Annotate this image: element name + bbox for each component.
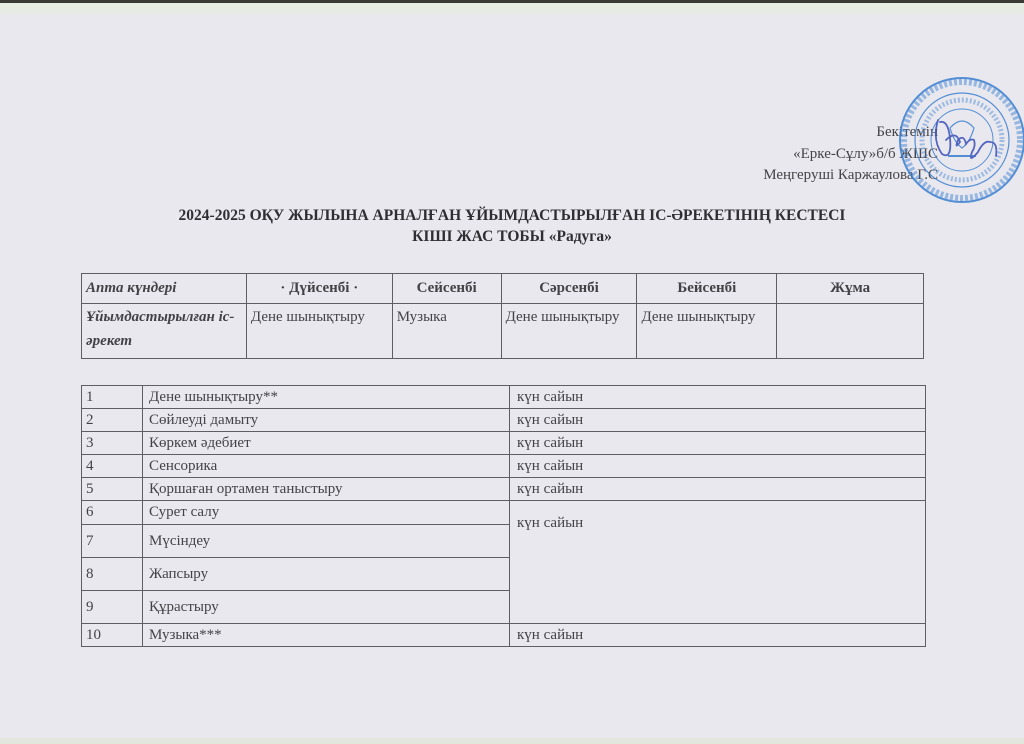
friday-activity: [777, 304, 924, 359]
row-number: 3: [82, 432, 143, 455]
header-monday: · Дүйсенбі ·: [246, 274, 392, 304]
approval-line-3: Меңгеруші Каржаулова Г.С: [763, 165, 938, 187]
activity-row: Ұйымдастырылған іс-әрекет Дене шынықтыру…: [82, 304, 924, 359]
weekly-schedule-table: Апта күндері · Дүйсенбі · Сейсенбі Сәрсе…: [81, 273, 924, 359]
subject-name: Құрастыру: [143, 591, 510, 624]
subject-name: Қоршаған ортамен таныстыру: [143, 478, 510, 501]
approval-line-1: Бекітемін: [763, 122, 938, 144]
row-number: 6: [82, 501, 143, 525]
subject-name: Сурет салу: [143, 501, 510, 525]
table-row: 1 Дене шынықтыру** күн сайын: [82, 386, 926, 409]
header-friday: Жұма: [777, 274, 924, 304]
table-row: 2 Сөйлеуді дамыту күн сайын: [82, 409, 926, 432]
approval-block: Бекітемін «Ерке-Сұлу»б/б ЖШС Меңгеруші К…: [763, 122, 938, 187]
activity-row-label: Ұйымдастырылған іс-әрекет: [82, 304, 247, 359]
subject-frequency: күн сайын: [510, 409, 926, 432]
subject-frequency: күн сайын: [510, 386, 926, 409]
subject-name: Көркем әдебиет: [143, 432, 510, 455]
row-number: 7: [82, 525, 143, 558]
row-number: 9: [82, 591, 143, 624]
subject-name: Сенсорика: [143, 455, 510, 478]
subject-frequency: күн сайын: [510, 432, 926, 455]
subject-name: Мүсіндеу: [143, 525, 510, 558]
monday-activity: Дене шынықтыру: [246, 304, 392, 359]
thursday-activity: Дене шынықтыру: [637, 304, 777, 359]
table-row: 6 Сурет салу күн сайын: [82, 501, 926, 525]
subject-frequency: күн сайын: [510, 455, 926, 478]
signature-icon: [936, 120, 997, 158]
document-title: 2024-2025 ОҚУ ЖЫЛЫНА АРНАЛҒАН ҰЙЫМДАСТЫР…: [0, 205, 1024, 247]
scan-bottom-band: [0, 738, 1024, 744]
subject-name: Сөйлеуді дамыту: [143, 409, 510, 432]
header-tuesday: Сейсенбі: [392, 274, 501, 304]
header-wednesday: Сәрсенбі: [501, 274, 637, 304]
scan-top-band: [0, 3, 1024, 14]
subject-name: Музыка***: [143, 624, 510, 647]
header-week-days: Апта күндері: [82, 274, 247, 304]
approval-line-2: «Ерке-Сұлу»б/б ЖШС: [763, 144, 938, 166]
table-row: 5 Қоршаған ортамен таныстыру күн сайын: [82, 478, 926, 501]
title-line-2: КІШІ ЖАС ТОБЫ «Радуга»: [0, 226, 1024, 247]
subject-frequency: күн сайын: [510, 478, 926, 501]
header-thursday: Бейсенбі: [637, 274, 777, 304]
subject-name: Жапсыру: [143, 558, 510, 591]
row-number: 10: [82, 624, 143, 647]
merged-subject-frequency: күн сайын: [510, 501, 926, 624]
tuesday-activity: Музыка: [392, 304, 501, 359]
table-row: 10 Музыка*** күн сайын: [82, 624, 926, 647]
row-number: 8: [82, 558, 143, 591]
row-number: 5: [82, 478, 143, 501]
wednesday-activity: Дене шынықтыру: [501, 304, 637, 359]
subject-name: Дене шынықтыру**: [143, 386, 510, 409]
weekday-header-row: Апта күндері · Дүйсенбі · Сейсенбі Сәрсе…: [82, 274, 924, 304]
row-number: 1: [82, 386, 143, 409]
subject-frequency: күн сайын: [510, 624, 926, 647]
subjects-frequency-table: 1 Дене шынықтыру** күн сайын 2 Сөйлеуді …: [81, 385, 926, 647]
row-number: 4: [82, 455, 143, 478]
row-number: 2: [82, 409, 143, 432]
title-line-1: 2024-2025 ОҚУ ЖЫЛЫНА АРНАЛҒАН ҰЙЫМДАСТЫР…: [0, 205, 1024, 226]
table-row: 4 Сенсорика күн сайын: [82, 455, 926, 478]
table-row: 3 Көркем әдебиет күн сайын: [82, 432, 926, 455]
